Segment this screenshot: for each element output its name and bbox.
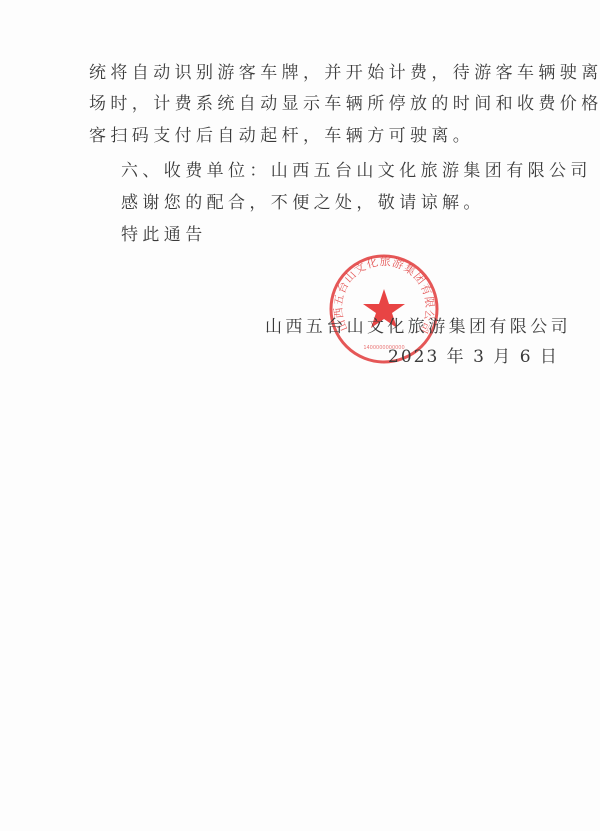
body-line-3: 客扫码支付后自动起杆，车辆方可驶离。 xyxy=(89,125,474,147)
closing-text: 特此通告 xyxy=(121,224,207,246)
section-six-fee-unit: 六、收费单位：山西五台山文化旅游集团有限公司 xyxy=(121,160,592,182)
body-line-2: 场时，计费系统自动显示车辆所停放的时间和收费价格，游 xyxy=(89,93,600,115)
thanks-text: 感谢您的配合，不便之处，敬请谅解。 xyxy=(121,192,485,214)
signature-organization: 山西五台山文化旅游集团有限公司 xyxy=(265,316,571,338)
signature-date: 2023 年 3 月 6 日 xyxy=(388,346,559,368)
body-line-1: 统将自动识别游客车牌，并开始计费，待游客车辆驶离停车 xyxy=(89,62,600,84)
